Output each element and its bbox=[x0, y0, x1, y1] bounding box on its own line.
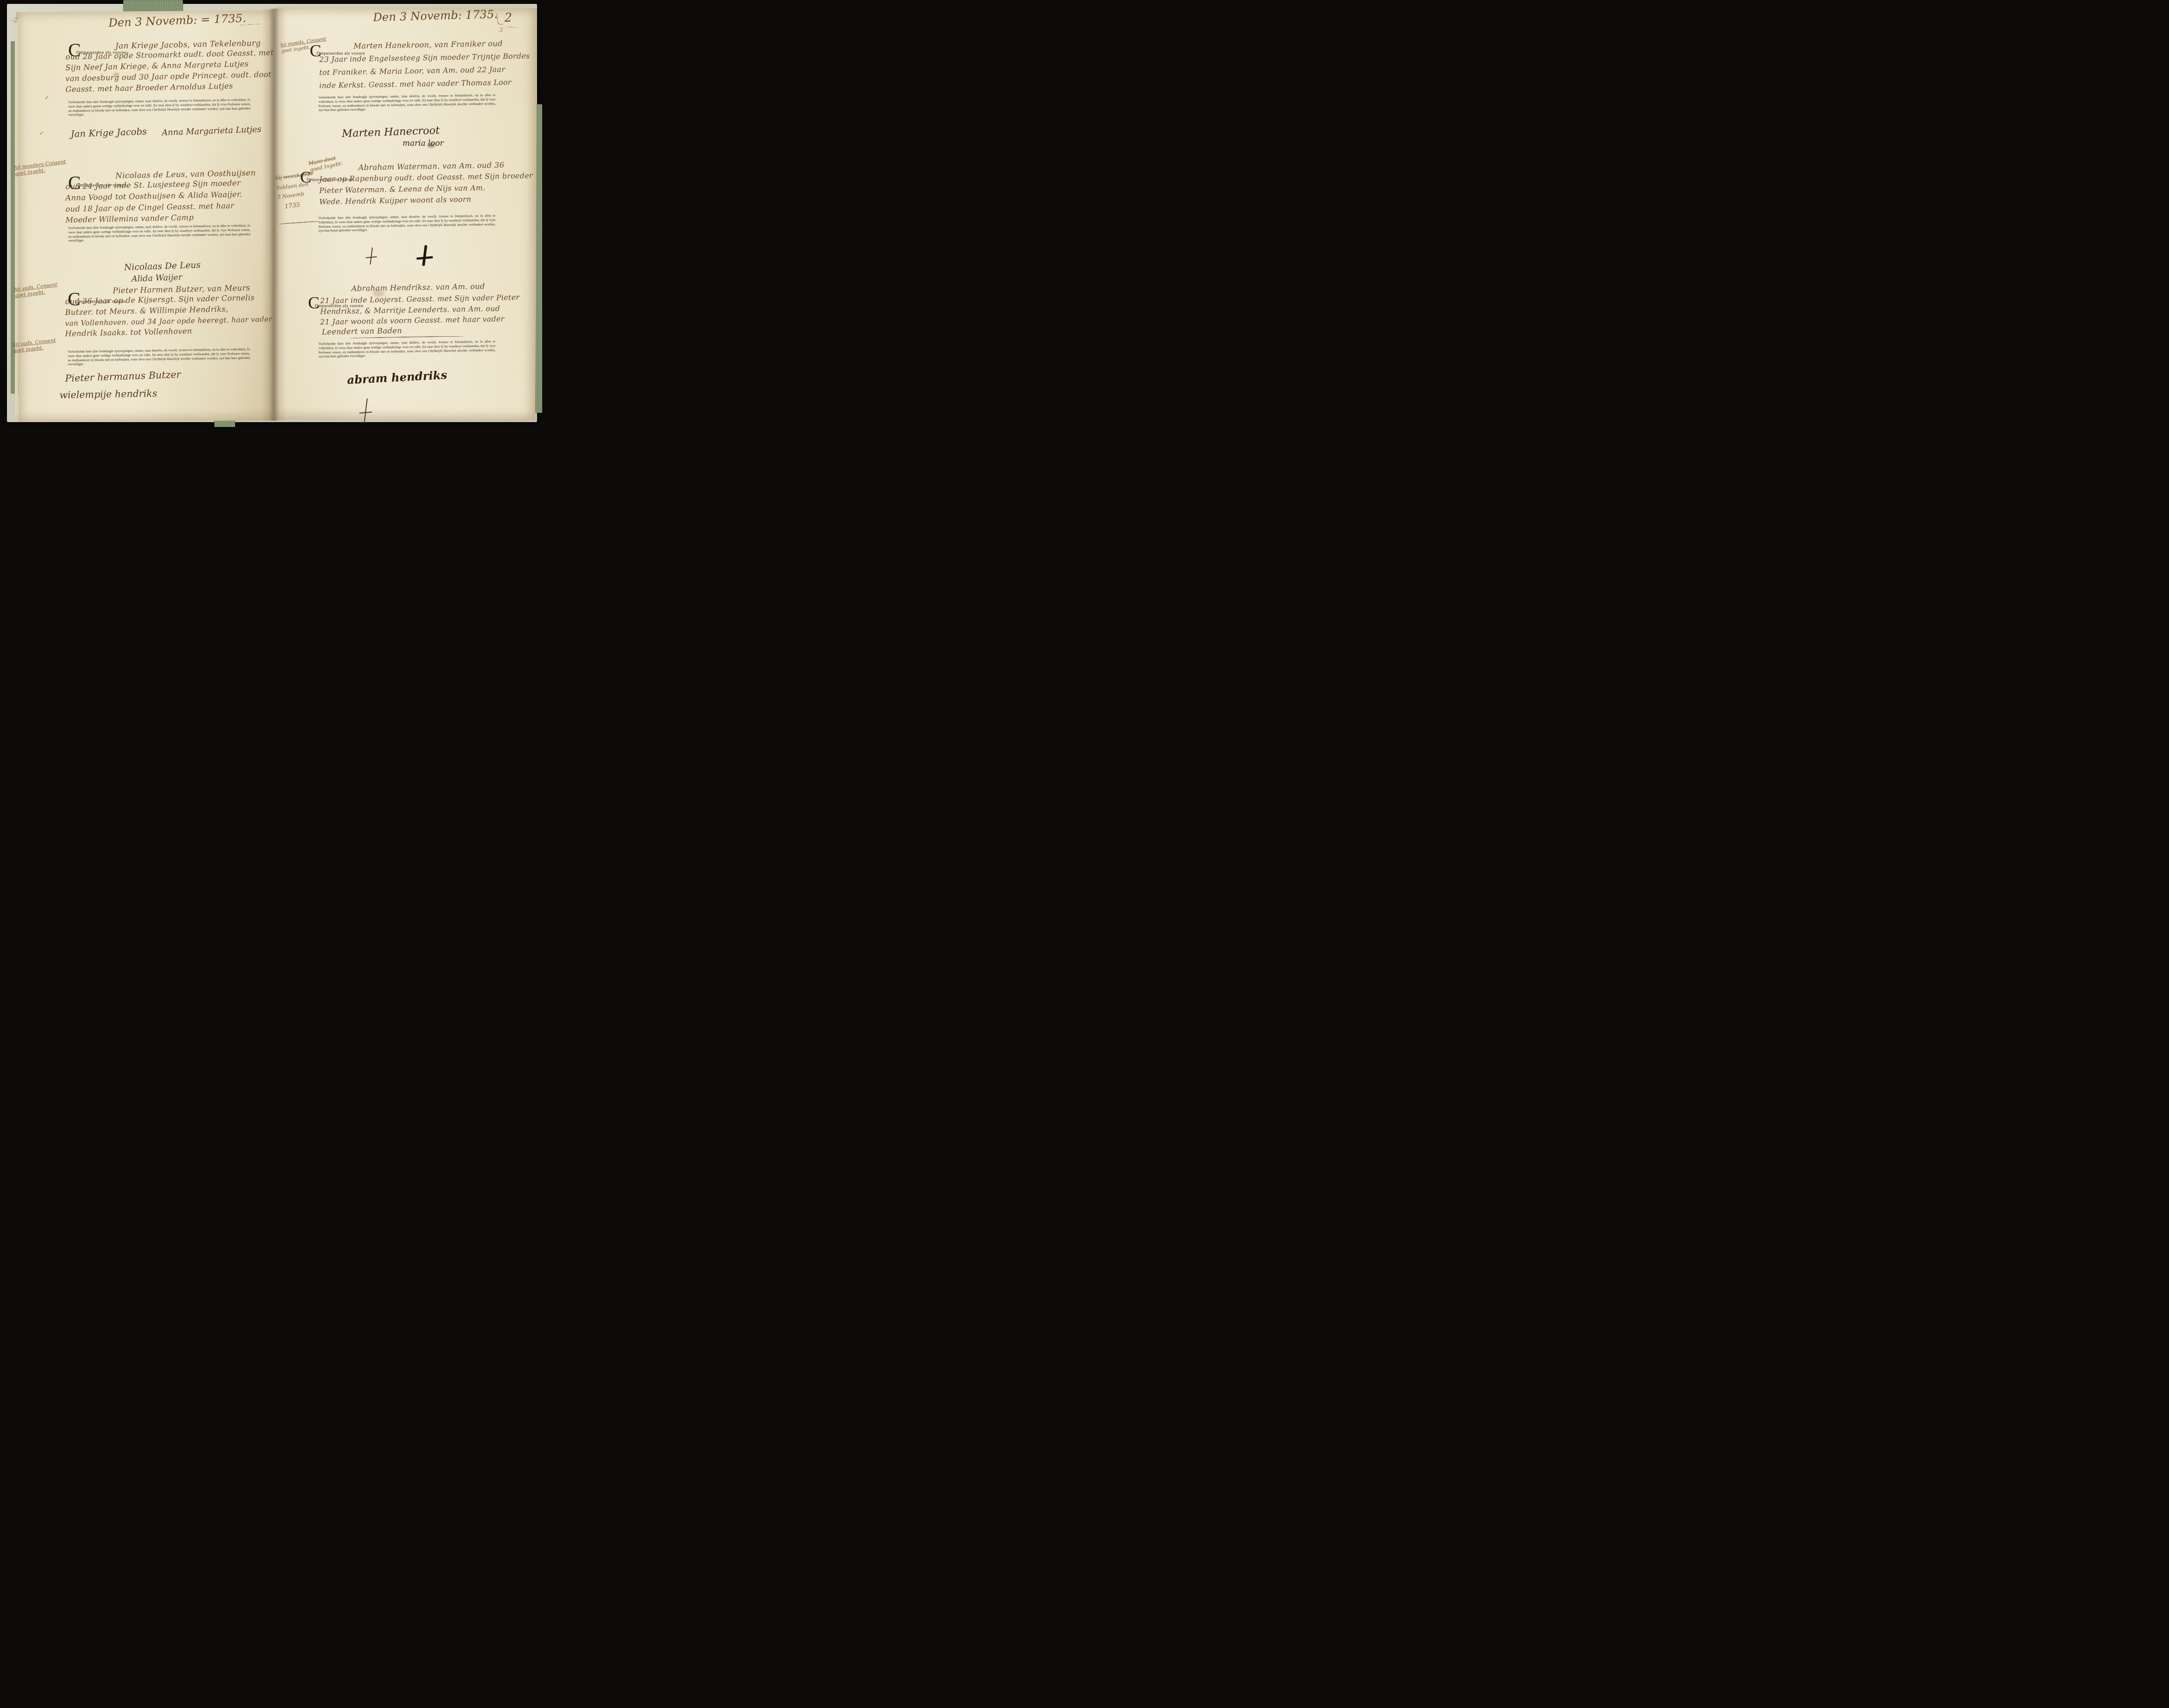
pencil-folio-right: 3 bbox=[499, 26, 503, 34]
printed-formula: Verſoekende hare drie Sondaagſe uytroepi… bbox=[68, 223, 251, 243]
printed-formula: Verſoekende hare drie Sondaagſe uytroepi… bbox=[68, 98, 251, 117]
bride-signature: maria loor bbox=[403, 139, 444, 148]
printed-formula: Verſoekende hare drie Sondaagſe uytroepi… bbox=[318, 93, 496, 112]
printed-formula: Verſoekende hare drie Sondaagſe uytroepi… bbox=[318, 339, 496, 359]
pencil-folio-left: -2 bbox=[12, 16, 18, 24]
entry-dropcap: C bbox=[300, 169, 311, 186]
ink-folio-right: 2 bbox=[505, 11, 512, 25]
pen-check-mark: ✓ bbox=[39, 130, 43, 136]
entry-dropcap: C bbox=[308, 294, 320, 311]
page-edges bbox=[15, 19, 18, 415]
margin-note-line: 3 Novemb bbox=[277, 190, 316, 201]
signature-cross-mark bbox=[416, 245, 433, 266]
signature-cross-mark bbox=[366, 247, 377, 265]
printed-formula: Verſoekende hare drie Sondaagſe uytroepi… bbox=[68, 347, 250, 367]
pen-check-mark: ✓ bbox=[44, 95, 49, 101]
entry-line: Leendert van Baden bbox=[322, 327, 402, 337]
folio-bracket bbox=[497, 13, 504, 25]
bride-signature: wielempije hendriks bbox=[59, 388, 157, 401]
signature-cross-mark bbox=[359, 398, 372, 423]
bride-signature: Alida Waijer bbox=[131, 272, 183, 284]
printed-formula: Verſoekende hare drie Sondaagſe uytroepi… bbox=[318, 213, 496, 233]
register-scan: -2 Den 3 Novemb: = 1735. C Ompareerden a… bbox=[0, 0, 542, 427]
